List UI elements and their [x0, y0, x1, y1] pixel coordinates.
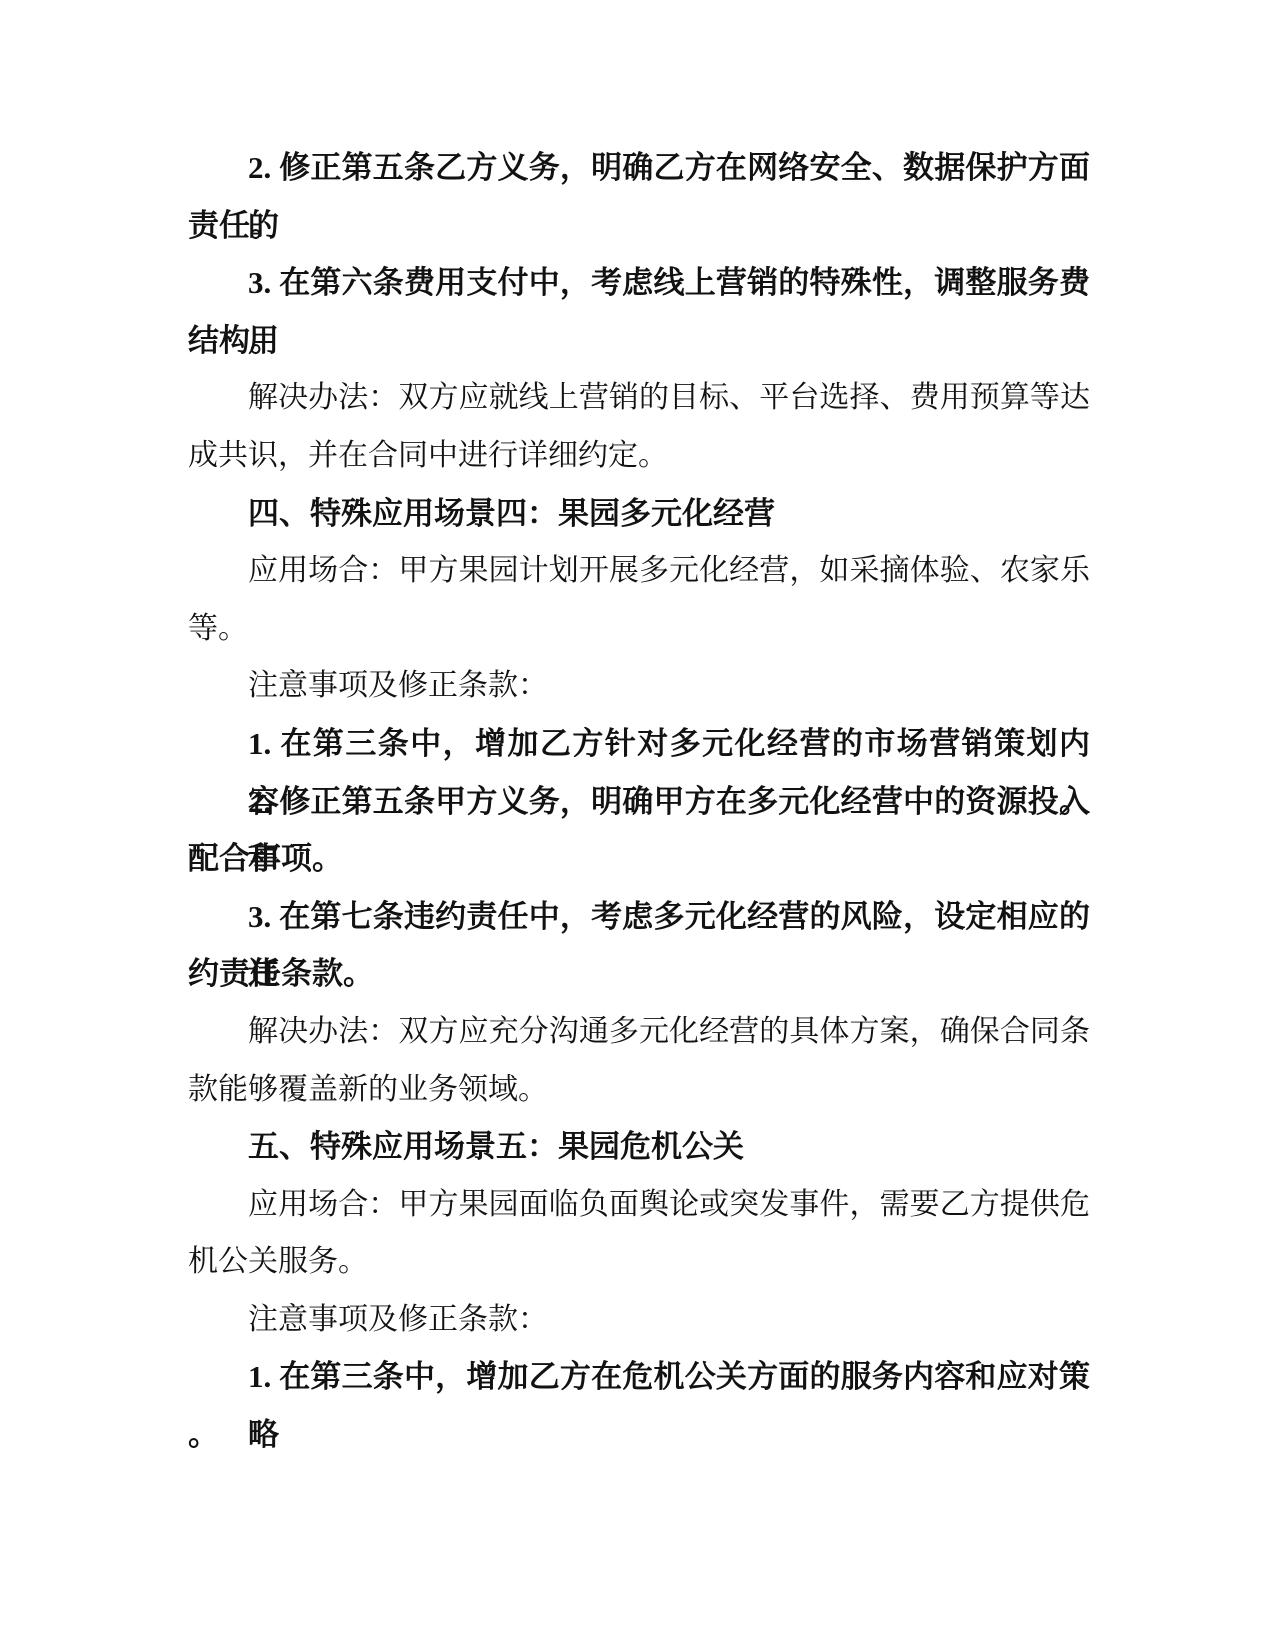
- document-page: 2. 修正第五条乙方义务，明确乙方在网络安全、数据保护方面的 责任。 3. 在第…: [0, 0, 1275, 1650]
- doc-line-12: 2. 修正第五条甲方义务，明确甲方在多元化经营中的资源投入和: [188, 773, 1090, 831]
- doc-line-14: 3. 在第七条违约责任中，考虑多元化经营的风险，设定相应的违: [188, 888, 1090, 946]
- doc-line-6: 成共识，并在合同中进行详细约定。: [188, 427, 1090, 485]
- doc-line-15: 约责任条款。: [188, 945, 1090, 1003]
- doc-line-10: 注意事项及修正条款：: [188, 657, 1090, 715]
- doc-line-17: 款能够覆盖新的业务领域。: [188, 1061, 1090, 1119]
- doc-line-7: 四、特殊应用场景四：果园多元化经营: [188, 485, 1090, 543]
- doc-line-19: 应用场合：甲方果园面临负面舆论或突发事件，需要乙方提供危: [188, 1176, 1090, 1234]
- doc-line-9: 等。: [188, 600, 1090, 658]
- doc-line-20: 机公关服务。: [188, 1233, 1090, 1291]
- doc-line-5: 解决办法：双方应就线上营销的目标、平台选择、费用预算等达: [188, 369, 1090, 427]
- doc-line-16: 解决办法：双方应充分沟通多元化经营的具体方案，确保合同条: [188, 1003, 1090, 1061]
- doc-line-3: 3. 在第六条费用支付中，考虑线上营销的特殊性，调整服务费用: [188, 254, 1090, 312]
- doc-line-21: 注意事项及修正条款：: [188, 1291, 1090, 1349]
- doc-line-13: 配合事项。: [188, 830, 1090, 888]
- doc-line-1: 2. 修正第五条乙方义务，明确乙方在网络安全、数据保护方面的: [188, 139, 1090, 197]
- doc-line-22: 1. 在第三条中，增加乙方在危机公关方面的服务内容和应对策略: [188, 1348, 1090, 1406]
- doc-line-18: 五、特殊应用场景五：果园危机公关: [188, 1118, 1090, 1176]
- doc-line-23: 。: [188, 1406, 1090, 1464]
- doc-line-2: 责任。: [188, 197, 1090, 255]
- doc-line-8: 应用场合：甲方果园计划开展多元化经营，如采摘体验、农家乐: [188, 542, 1090, 600]
- document-body: 2. 修正第五条乙方义务，明确乙方在网络安全、数据保护方面的 责任。 3. 在第…: [188, 139, 1090, 1464]
- doc-line-4: 结构。: [188, 312, 1090, 370]
- doc-line-11: 1. 在第三条中，增加乙方针对多元化经营的市场营销策划内容。: [188, 715, 1090, 773]
